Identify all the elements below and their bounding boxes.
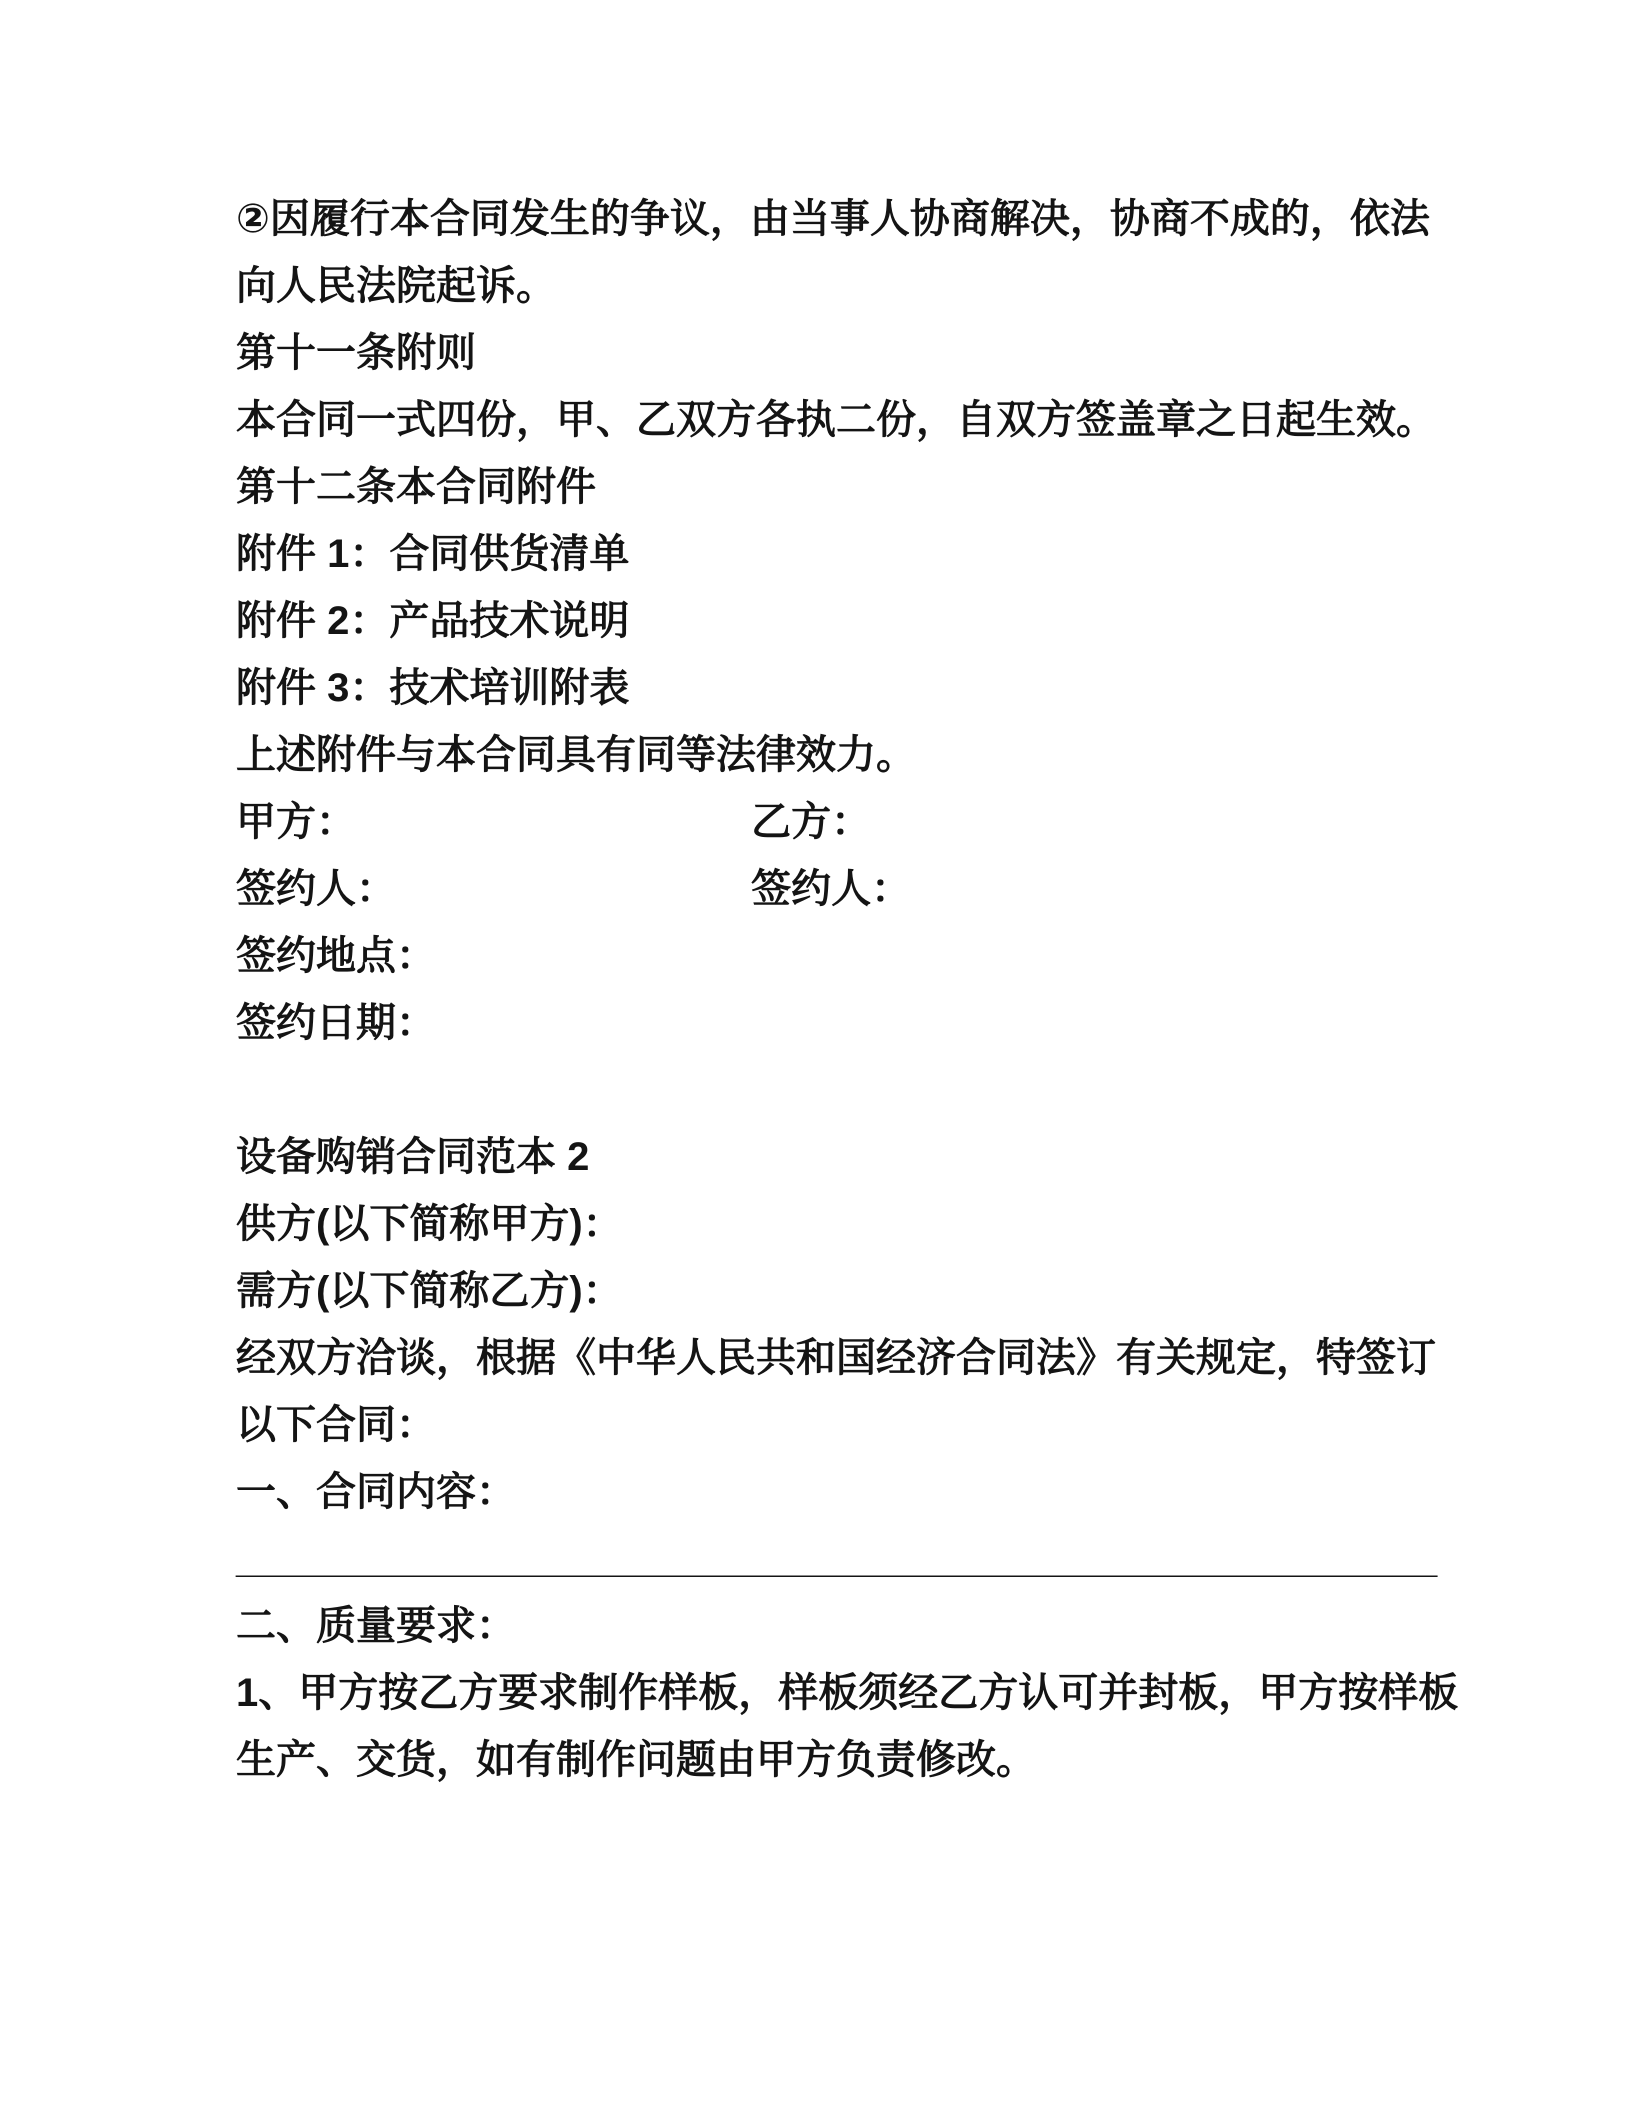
preamble-line-1: 经双方洽谈，根据《中华人民共和国经济合同法》有关规定，特签订 <box>236 1325 1462 1392</box>
attachment-1: 附件 1：合同供货清单 <box>236 521 1462 588</box>
quality-clause-line-2: 生产、交货，如有制作问题由甲方负责修改。 <box>236 1727 1462 1794</box>
section-2-quality: 二、质量要求： <box>236 1593 1462 1660</box>
contract-page: ②因履行本合同发生的争议，由当事人协商解决，协商不成的，依法 向人民法院起诉。 … <box>0 0 1632 2112</box>
blank-line <box>236 1057 1462 1124</box>
clause-copies: 本合同一式四份，甲、乙双方各执二份，自双方签盖章之日起生效。 <box>236 387 1462 454</box>
section-1-contract-content: 一、合同内容： <box>236 1459 1462 1526</box>
blank-fill-line: ________________________________________… <box>236 1526 1462 1593</box>
attachment-2: 附件 2：产品技术说明 <box>236 588 1462 655</box>
party-b-label: 乙方： <box>751 800 871 844</box>
attachments-validity: 上述附件与本合同具有同等法律效力。 <box>236 722 1462 789</box>
preamble-line-2: 以下合同： <box>236 1392 1462 1459</box>
signer-a-label: 签约人： <box>236 856 740 923</box>
party-a-label: 甲方： <box>236 789 740 856</box>
clause-dispute-line-1: ②因履行本合同发生的争议，由当事人协商解决，协商不成的，依法 <box>236 186 1462 253</box>
signer-row: 签约人： 签约人： <box>236 856 1462 923</box>
clause-dispute-line-2: 向人民法院起诉。 <box>236 253 1462 320</box>
signer-b-label: 签约人： <box>751 867 911 911</box>
heading-article-12: 第十二条本合同附件 <box>236 454 1462 521</box>
heading-article-11: 第十一条附则 <box>236 320 1462 387</box>
supplier-label: 供方(以下简称甲方)： <box>236 1191 1462 1258</box>
buyer-label: 需方(以下简称乙方)： <box>236 1258 1462 1325</box>
quality-clause-line-1: 1、甲方按乙方要求制作样板，样板须经乙方认可并封板，甲方按样板 <box>236 1660 1462 1727</box>
signing-place-label: 签约地点： <box>236 923 1462 990</box>
attachment-3: 附件 3：技术培训附表 <box>236 655 1462 722</box>
signing-date-label: 签约日期： <box>236 990 1462 1057</box>
template-2-title: 设备购销合同范本 2 <box>236 1124 1462 1191</box>
party-row: 甲方： 乙方： <box>236 789 1462 856</box>
